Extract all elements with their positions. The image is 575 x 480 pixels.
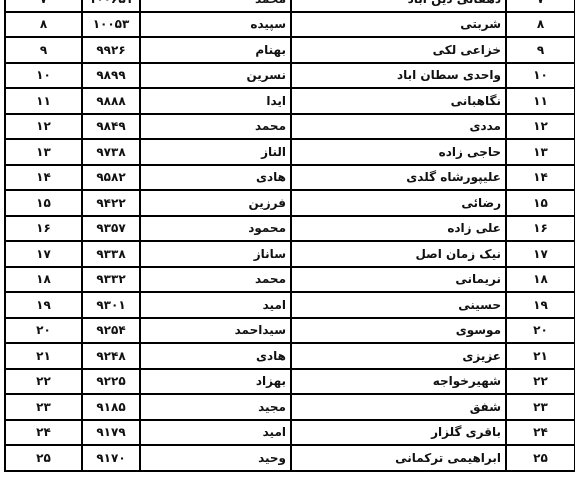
table-row: ۱۹ ۹۳۰۱ امید حسینی ۱۹ <box>5 292 575 318</box>
first-name-value: محمد <box>255 119 286 133</box>
row-number-value: ۷ <box>537 0 544 6</box>
score-value: ۹۸۴۹ <box>96 119 125 133</box>
last-name-value: باقری گلزار <box>431 425 501 439</box>
first-name-cell: ایدا <box>140 88 291 114</box>
rank-cell: ۸ <box>5 12 82 38</box>
row-number-value: ۹ <box>537 43 544 57</box>
rank-cell: ۲۴ <box>5 420 82 446</box>
first-name-cell: وحید <box>140 445 291 471</box>
table-row: ۲۱ ۹۲۴۸ هادی عزیزی ۲۱ <box>5 343 575 369</box>
row-number-cell: ۱۳ <box>506 139 575 165</box>
last-name-cell: حسینی <box>291 292 506 318</box>
first-name-value: الناز <box>261 145 286 159</box>
rank-value: ۱۱ <box>36 94 51 108</box>
last-name-value: ابراهیمی ترکمانی <box>395 451 501 465</box>
rank-cell: ۱۹ <box>5 292 82 318</box>
first-name-value: سیداحمد <box>235 323 286 337</box>
rank-value: ۲۴ <box>36 425 51 439</box>
score-cell: ۹۲۲۵ <box>82 369 140 395</box>
score-value: ۹۱۷۰ <box>96 451 125 465</box>
row-number-value: ۱۲ <box>533 119 548 133</box>
table-row: ۲۲ ۹۲۲۵ بهزاد شهیرخواجه ۲۲ <box>5 369 575 395</box>
table-row: ۷ ۱۰۰۶۵۱ محمد دهقانی دین اباد ۷ <box>5 0 575 12</box>
last-name-cell: نگاهبانی <box>291 88 506 114</box>
table-row: ۲۳ ۹۱۸۵ مجید شفق ۲۳ <box>5 394 575 420</box>
row-number-value: ۱۷ <box>533 247 548 261</box>
last-name-cell: علی زاده <box>291 216 506 242</box>
rank-value: ۲۲ <box>36 374 51 388</box>
last-name-cell: حاجی زاده <box>291 139 506 165</box>
first-name-cell: فرزین <box>140 190 291 216</box>
row-number-value: ۲۳ <box>533 400 548 414</box>
row-number-cell: ۲۲ <box>506 369 575 395</box>
row-number-value: ۱۵ <box>533 196 548 210</box>
first-name-value: سپیده <box>250 17 286 31</box>
table-row: ۱۶ ۹۳۵۷ محمود علی زاده ۱۶ <box>5 216 575 242</box>
first-name-cell: بهزاد <box>140 369 291 395</box>
rank-cell: ۹ <box>5 37 82 63</box>
row-number-value: ۲۰ <box>533 323 548 337</box>
rank-value: ۱۴ <box>36 170 51 184</box>
row-number-cell: ۱۰ <box>506 63 575 89</box>
first-name-cell: مجید <box>140 394 291 420</box>
rank-value: ۱۹ <box>36 298 51 312</box>
first-name-value: محمد <box>255 272 286 286</box>
row-number-cell: ۱۱ <box>506 88 575 114</box>
score-cell: ۹۱۸۵ <box>82 394 140 420</box>
score-value: ۹۸۸۸ <box>96 94 125 108</box>
last-name-cell: نریمانی <box>291 267 506 293</box>
rank-cell: ۱۰ <box>5 63 82 89</box>
row-number-cell: ۲۵ <box>506 445 575 471</box>
table-row: ۱۲ ۹۸۴۹ محمد مددی ۱۲ <box>5 114 575 140</box>
last-name-value: نیک زمان اصل <box>415 247 501 261</box>
table-row: ۲۴ ۹۱۷۹ امید باقری گلزار ۲۴ <box>5 420 575 446</box>
rank-value: ۷ <box>40 0 47 6</box>
first-name-value: محمد <box>255 0 286 6</box>
first-name-cell: امید <box>140 292 291 318</box>
score-value: ۹۲۵۴ <box>96 323 125 337</box>
score-value: ۹۳۳۲ <box>96 272 125 286</box>
score-cell: ۹۲۵۴ <box>82 318 140 344</box>
first-name-cell: سپیده <box>140 12 291 38</box>
score-cell: ۱۰۰۶۵۱ <box>82 0 140 12</box>
rank-cell: ۱۱ <box>5 88 82 114</box>
last-name-value: نگاهبانی <box>451 94 501 108</box>
table-row: ۲۵ ۹۱۷۰ وحید ابراهیمی ترکمانی ۲۵ <box>5 445 575 471</box>
score-cell: ۹۳۰۱ <box>82 292 140 318</box>
last-name-cell: موسوی <box>291 318 506 344</box>
last-name-value: خزاعی لکی <box>433 43 501 57</box>
first-name-value: محمود <box>248 221 286 235</box>
rank-value: ۱۰ <box>36 68 51 82</box>
last-name-cell: علیپورشاه گلدی <box>291 165 506 191</box>
row-number-value: ۲۱ <box>533 349 548 363</box>
rank-cell: ۱۷ <box>5 241 82 267</box>
score-value: ۹۳۰۱ <box>96 298 125 312</box>
first-name-cell: هادی <box>140 343 291 369</box>
row-number-value: ۱۰ <box>533 68 548 82</box>
first-name-cell: بهنام <box>140 37 291 63</box>
rank-cell: ۱۶ <box>5 216 82 242</box>
table-row: ۱۴ ۹۵۸۲ هادی علیپورشاه گلدی ۱۴ <box>5 165 575 191</box>
last-name-value: علیپورشاه گلدی <box>406 170 501 184</box>
row-number-value: ۸ <box>537 17 544 31</box>
row-number-value: ۱۱ <box>533 94 548 108</box>
row-number-value: ۱۳ <box>533 145 548 159</box>
row-number-cell: ۸ <box>506 12 575 38</box>
table-row: ۸ ۱۰۰۵۳ سپیده شربتی ۸ <box>5 12 575 38</box>
score-cell: ۹۹۲۶ <box>82 37 140 63</box>
rank-cell: ۱۵ <box>5 190 82 216</box>
first-name-value: وحید <box>258 451 286 465</box>
last-name-cell: نیک زمان اصل <box>291 241 506 267</box>
table-row: ۱۱ ۹۸۸۸ ایدا نگاهبانی ۱۱ <box>5 88 575 114</box>
last-name-cell: ابراهیمی ترکمانی <box>291 445 506 471</box>
score-cell: ۹۳۳۲ <box>82 267 140 293</box>
last-name-value: شربتی <box>460 17 501 31</box>
score-value: ۹۷۳۸ <box>96 145 125 159</box>
score-value: ۹۲۲۵ <box>96 374 125 388</box>
rank-cell: ۲۵ <box>5 445 82 471</box>
score-value: ۱۰۰۵۳ <box>93 17 130 31</box>
score-cell: ۹۳۵۷ <box>82 216 140 242</box>
last-name-value: مددی <box>469 119 501 133</box>
first-name-cell: محمد <box>140 0 291 12</box>
last-name-cell: عزیزی <box>291 343 506 369</box>
rank-value: ۲۰ <box>36 323 51 337</box>
row-number-cell: ۹ <box>506 37 575 63</box>
first-name-value: فرزین <box>248 196 286 210</box>
score-value: ۹۹۲۶ <box>96 43 125 57</box>
last-name-value: دهقانی دین اباد <box>408 0 501 6</box>
row-number-value: ۱۶ <box>533 221 548 235</box>
first-name-cell: امید <box>140 420 291 446</box>
table-row: ۱۳ ۹۷۳۸ الناز حاجی زاده ۱۳ <box>5 139 575 165</box>
rank-cell: ۱۲ <box>5 114 82 140</box>
last-name-value: علی زاده <box>447 221 501 235</box>
last-name-cell: شربتی <box>291 12 506 38</box>
rank-cell: ۲۲ <box>5 369 82 395</box>
last-name-value: رضائی <box>461 196 501 210</box>
score-cell: ۹۳۳۸ <box>82 241 140 267</box>
score-cell: ۹۲۴۸ <box>82 343 140 369</box>
row-number-cell: ۲۳ <box>506 394 575 420</box>
last-name-cell: شهیرخواجه <box>291 369 506 395</box>
score-cell: ۹۸۴۹ <box>82 114 140 140</box>
rank-value: ۲۵ <box>36 451 51 465</box>
row-number-cell: ۲۰ <box>506 318 575 344</box>
score-cell: ۹۱۷۰ <box>82 445 140 471</box>
rank-cell: ۱۸ <box>5 267 82 293</box>
last-name-cell: رضائی <box>291 190 506 216</box>
rank-cell: ۲۱ <box>5 343 82 369</box>
first-name-value: ایدا <box>266 94 286 108</box>
row-number-value: ۲۲ <box>533 374 548 388</box>
score-cell: ۹۸۹۹ <box>82 63 140 89</box>
table-row: ۱۰ ۹۸۹۹ نسرین واحدی سطان اباد ۱۰ <box>5 63 575 89</box>
last-name-cell: مددی <box>291 114 506 140</box>
first-name-cell: محمد <box>140 114 291 140</box>
last-name-cell: شفق <box>291 394 506 420</box>
score-value: ۹۸۹۹ <box>96 68 125 82</box>
last-name-value: واحدی سطان اباد <box>397 68 501 82</box>
first-name-value: هادی <box>256 349 286 363</box>
last-name-value: حسینی <box>458 298 501 312</box>
rank-cell: ۲۳ <box>5 394 82 420</box>
last-name-value: موسوی <box>456 323 501 337</box>
rank-cell: ۲۰ <box>5 318 82 344</box>
row-number-cell: ۱۲ <box>506 114 575 140</box>
first-name-value: امید <box>263 298 286 312</box>
results-sheet: ۷ ۱۰۰۶۵۱ محمد دهقانی دین اباد ۷ ۸ ۱۰۰۵۳ … <box>4 0 568 472</box>
first-name-value: مجید <box>258 400 286 414</box>
rank-value: ۹ <box>40 43 47 57</box>
last-name-value: عزیزی <box>462 349 501 363</box>
first-name-cell: محمد <box>140 267 291 293</box>
last-name-value: حاجی زاده <box>439 145 501 159</box>
row-number-value: ۱۹ <box>533 298 548 312</box>
row-number-cell: ۱۹ <box>506 292 575 318</box>
rank-cell: ۷ <box>5 0 82 12</box>
last-name-cell: واحدی سطان اباد <box>291 63 506 89</box>
first-name-value: امید <box>263 425 286 439</box>
score-value: ۹۱۸۵ <box>96 400 125 414</box>
first-name-value: بهنام <box>255 43 286 57</box>
first-name-cell: ساناز <box>140 241 291 267</box>
score-value: ۹۱۷۹ <box>96 425 125 439</box>
table-row: ۱۷ ۹۳۳۸ ساناز نیک زمان اصل ۱۷ <box>5 241 575 267</box>
results-table: ۷ ۱۰۰۶۵۱ محمد دهقانی دین اباد ۷ ۸ ۱۰۰۵۳ … <box>4 0 575 472</box>
score-cell: ۹۸۸۸ <box>82 88 140 114</box>
score-cell: ۱۰۰۵۳ <box>82 12 140 38</box>
rank-value: ۸ <box>40 17 47 31</box>
first-name-cell: نسرین <box>140 63 291 89</box>
first-name-value: بهزاد <box>256 374 286 388</box>
rank-value: ۲۱ <box>36 349 51 363</box>
row-number-cell: ۱۵ <box>506 190 575 216</box>
row-number-cell: ۷ <box>506 0 575 12</box>
row-number-value: ۲۴ <box>533 425 548 439</box>
first-name-cell: محمود <box>140 216 291 242</box>
rank-cell: ۱۴ <box>5 165 82 191</box>
results-table-body: ۷ ۱۰۰۶۵۱ محمد دهقانی دین اباد ۷ ۸ ۱۰۰۵۳ … <box>5 0 575 471</box>
score-value: ۹۳۳۸ <box>96 247 125 261</box>
row-number-value: ۱۴ <box>533 170 548 184</box>
table-row: ۹ ۹۹۲۶ بهنام خزاعی لکی ۹ <box>5 37 575 63</box>
rank-value: ۱۳ <box>36 145 51 159</box>
row-number-cell: ۲۱ <box>506 343 575 369</box>
rank-value: ۱۷ <box>36 247 51 261</box>
first-name-cell: سیداحمد <box>140 318 291 344</box>
row-number-cell: ۱۶ <box>506 216 575 242</box>
first-name-value: ساناز <box>254 247 286 261</box>
row-number-cell: ۲۴ <box>506 420 575 446</box>
first-name-value: هادی <box>256 170 286 184</box>
rank-value: ۲۳ <box>36 400 51 414</box>
row-number-cell: ۱۴ <box>506 165 575 191</box>
score-value: ۹۴۲۲ <box>96 196 125 210</box>
row-number-value: ۲۵ <box>533 451 548 465</box>
first-name-cell: الناز <box>140 139 291 165</box>
score-value: ۹۵۸۲ <box>96 170 125 184</box>
last-name-cell: خزاعی لکی <box>291 37 506 63</box>
last-name-value: شهیرخواجه <box>433 374 501 388</box>
table-row: ۱۵ ۹۴۲۲ فرزین رضائی ۱۵ <box>5 190 575 216</box>
first-name-cell: هادی <box>140 165 291 191</box>
score-cell: ۹۱۷۹ <box>82 420 140 446</box>
rank-value: ۱۸ <box>36 272 51 286</box>
score-cell: ۹۵۸۲ <box>82 165 140 191</box>
score-cell: ۹۷۳۸ <box>82 139 140 165</box>
rank-value: ۱۲ <box>36 119 51 133</box>
score-value: ۹۲۴۸ <box>96 349 125 363</box>
table-row: ۱۸ ۹۳۳۲ محمد نریمانی ۱۸ <box>5 267 575 293</box>
rank-value: ۱۵ <box>36 196 51 210</box>
last-name-cell: دهقانی دین اباد <box>291 0 506 12</box>
row-number-cell: ۱۷ <box>506 241 575 267</box>
row-number-value: ۱۸ <box>533 272 548 286</box>
row-number-cell: ۱۸ <box>506 267 575 293</box>
score-cell: ۹۴۲۲ <box>82 190 140 216</box>
rank-cell: ۱۳ <box>5 139 82 165</box>
last-name-value: نریمانی <box>455 272 501 286</box>
last-name-value: شفق <box>470 400 501 414</box>
score-value: ۱۰۰۶۵۱ <box>89 0 133 6</box>
first-name-value: نسرین <box>247 68 287 82</box>
score-value: ۹۳۵۷ <box>96 221 125 235</box>
rank-value: ۱۶ <box>36 221 51 235</box>
table-row: ۲۰ ۹۲۵۴ سیداحمد موسوی ۲۰ <box>5 318 575 344</box>
last-name-cell: باقری گلزار <box>291 420 506 446</box>
